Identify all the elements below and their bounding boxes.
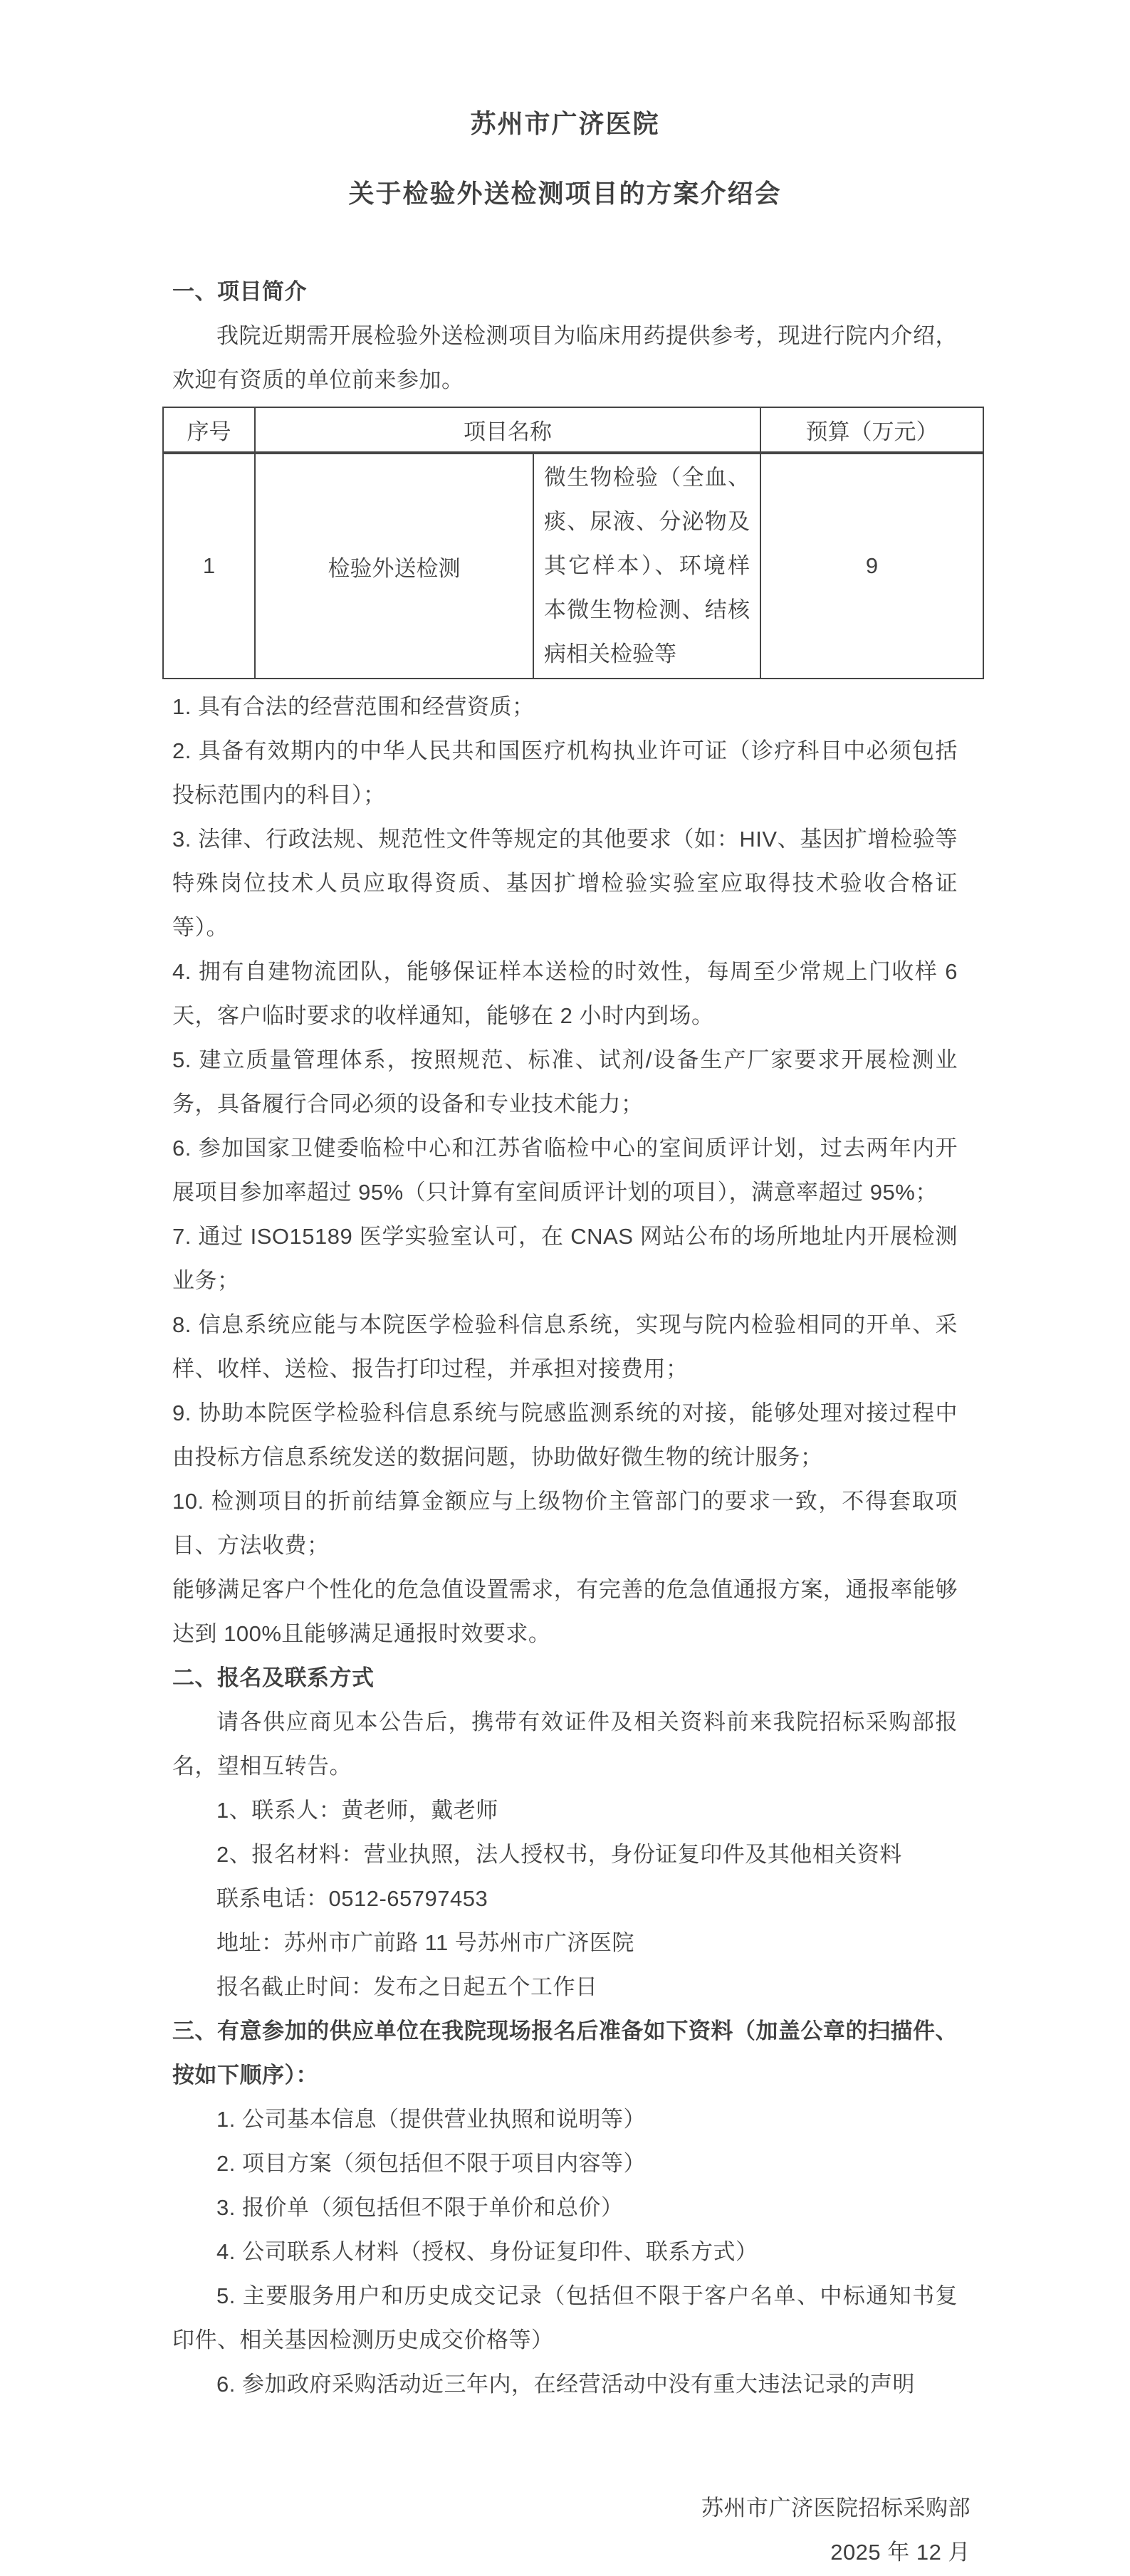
material-item: 5. 主要服务用户和历史成交记录（包括但不限于客户名单、中标通知书复印件、相关基…	[172, 2274, 958, 2362]
section-two-intro: 请各供应商见本公告后，携带有效证件及相关资料前来我院招标采购部报名，望相互转告。	[172, 1700, 958, 1789]
table-cell-budget: 9	[760, 453, 983, 679]
doc-subtitle: 关于检验外送检测项目的方案介绍会	[172, 159, 958, 229]
table-header-index: 序号	[163, 407, 255, 453]
material-item: 2. 项目方案（须包括但不限于项目内容等）	[172, 2142, 958, 2186]
contact-line-person: 1、联系人：黄老师，戴老师	[172, 1789, 958, 1833]
section-two-list: 1、联系人：黄老师，戴老师 2、报名材料：营业执照，法人授权书，身份证复印件及其…	[172, 1789, 958, 2009]
section-three-heading: 三、有意参加的供应单位在我院现场报名后准备如下资料（加盖公章的扫描件、按如下顺序…	[172, 2009, 958, 2098]
table-cell-detail: 微生物检验（全血、痰、尿液、分泌物及其它样本）、环境样本微生物检测、结核病相关检…	[533, 453, 760, 679]
requirement-item: 6. 参加国家卫健委临检中心和江苏省临检中心的室间质评计划，过去两年内开展项目参…	[172, 1126, 958, 1215]
requirement-item: 10. 检测项目的折前结算金额应与上级物价主管部门的要求一致，不得套取项目、方法…	[172, 1480, 958, 1568]
section-one-heading: 一、项目简介	[172, 270, 958, 314]
section-two-heading: 二、报名及联系方式	[172, 1656, 958, 1700]
requirements-list: 1. 具有合法的经营范围和经营资质； 2. 具备有效期内的中华人民共和国医疗机构…	[172, 685, 958, 1656]
material-item: 1. 公司基本信息（提供营业执照和说明等）	[172, 2098, 958, 2142]
table-cell-name: 检验外送检测	[255, 453, 533, 679]
contact-line-phone: 联系电话：0512-65797453	[172, 1877, 958, 1921]
contact-line-materials: 2、报名材料：营业执照，法人授权书，身份证复印件及其他相关资料	[172, 1833, 958, 1877]
doc-title: 苏州市广济医院	[172, 89, 958, 159]
material-item: 3. 报价单（须包括但不限于单价和总价）	[172, 2186, 958, 2230]
project-table: 序号 项目名称 预算（万元） 1 检验外送检测 微生物检验（全血、痰、尿液、分泌…	[162, 407, 984, 679]
contact-line-deadline: 报名截止时间：发布之日起五个工作日	[172, 1965, 958, 2009]
material-item: 4. 公司联系人材料（授权、身份证复印件、联系方式）	[172, 2230, 958, 2274]
table-header-budget: 预算（万元）	[760, 407, 983, 453]
requirement-item: 4. 拥有自建物流团队，能够保证样本送检的时效性，每周至少常规上门收样 6 天，…	[172, 950, 958, 1038]
requirement-item: 9. 协助本院医学检验科信息系统与院感监测系统的对接，能够处理对接过程中由投标方…	[172, 1391, 958, 1480]
requirement-item: 2. 具备有效期内的中华人民共和国医疗机构执业许可证（诊疗科目中必须包括投标范围…	[172, 729, 958, 817]
section-three-list: 1. 公司基本信息（提供营业执照和说明等） 2. 项目方案（须包括但不限于项目内…	[172, 2098, 958, 2407]
table-header-row: 序号 项目名称 预算（万元）	[163, 407, 983, 453]
footer-department: 苏州市广济医院招标采购部	[172, 2486, 971, 2530]
document-page: 苏州市广济医院 关于检验外送检测项目的方案介绍会 一、项目简介 我院近期需开展检…	[0, 0, 1130, 2576]
requirement-item: 7. 通过 ISO15189 医学实验室认可，在 CNAS 网站公布的场所地址内…	[172, 1215, 958, 1303]
footer: 苏州市广济医院招标采购部 2025 年 12 月	[172, 2486, 971, 2575]
requirement-item: 1. 具有合法的经营范围和经营资质；	[172, 685, 958, 729]
table-header-name: 项目名称	[255, 407, 760, 453]
table-cell-index: 1	[163, 453, 255, 679]
requirement-item: 3. 法律、行政法规、规范性文件等规定的其他要求（如：HIV、基因扩增检验等特殊…	[172, 817, 958, 950]
requirement-item: 5. 建立质量管理体系，按照规范、标准、试剂/设备生产厂家要求开展检测业务，具备…	[172, 1038, 958, 1126]
contact-line-address: 地址：苏州市广前路 11 号苏州市广济医院	[172, 1921, 958, 1965]
footer-date: 2025 年 12 月	[172, 2530, 971, 2575]
requirement-item: 8. 信息系统应能与本院医学检验科信息系统，实现与院内检验相同的开单、采样、收样…	[172, 1303, 958, 1391]
section-one-closing: 能够满足客户个性化的危急值设置需求，有完善的危急值通报方案，通报率能够达到 10…	[172, 1568, 958, 1656]
table-row: 1 检验外送检测 微生物检验（全血、痰、尿液、分泌物及其它样本）、环境样本微生物…	[163, 453, 983, 679]
material-item: 6. 参加政府采购活动近三年内，在经营活动中没有重大违法记录的声明	[172, 2362, 958, 2407]
section-one-intro: 我院近期需开展检验外送检测项目为临床用药提供参考，现进行院内介绍，欢迎有资质的单…	[172, 314, 958, 402]
